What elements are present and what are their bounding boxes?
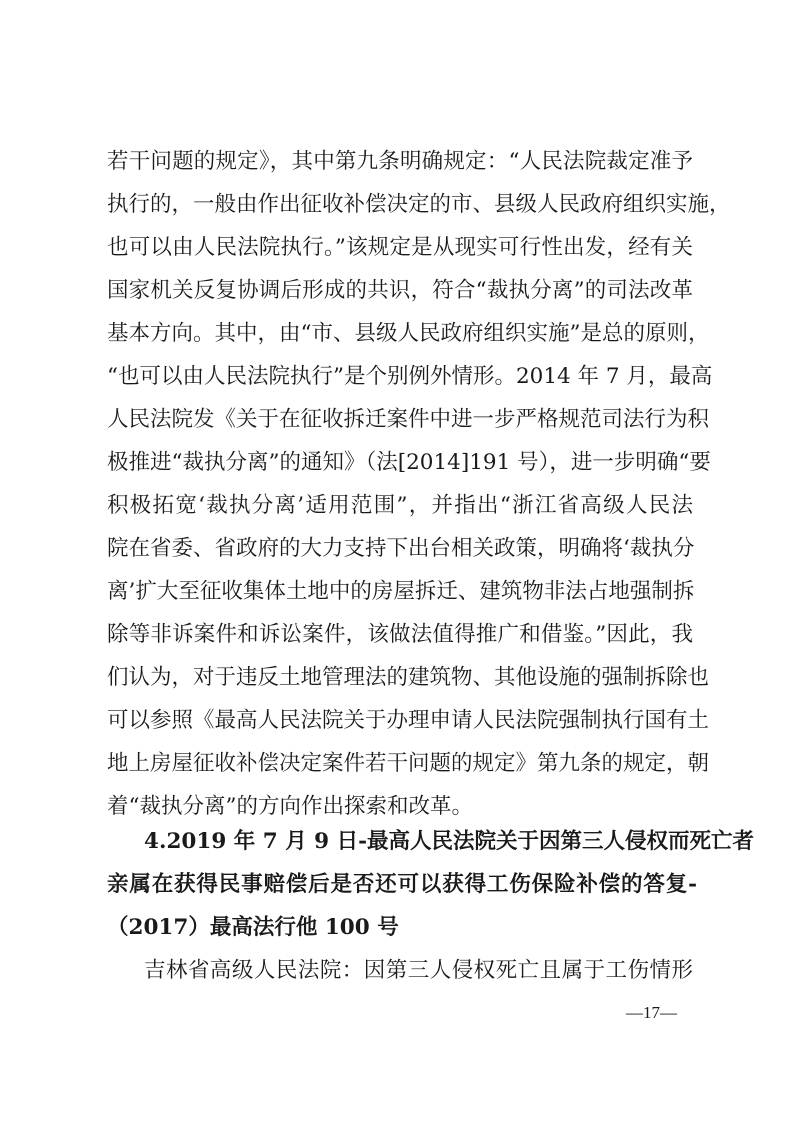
heading-line: 亲属在获得民事赔偿后是否还可以获得工伤保险补偿的答复- <box>107 871 697 899</box>
document-page: 若干问题的规定》，其中第九条明确规定：“人民法院裁定准予 执行的，一般由作出征收… <box>0 0 793 1122</box>
text-line: 人民法院发《关于在征收拆迁案件中进一步严格规范司法行为积 <box>107 406 693 434</box>
text-line: 若干问题的规定》，其中第九条明确规定：“人民法院裁定准予 <box>107 148 693 176</box>
text-line: “也可以由人民法院执行”是个别例外情形。2014 年 7 月，最高 <box>107 363 693 391</box>
heading-line: （2017）最高法行他 100 号 <box>107 914 707 942</box>
text-line: 除等非诉案件和诉讼案件，该做法值得推广和借鉴。”因此，我 <box>107 621 693 649</box>
text-line: 院在省委、省政府的大力支持下出台相关政策，明确将‘裁执分 <box>107 535 693 563</box>
text-line: 吉林省高级人民法院：因第三人侵权死亡且属于工伤情形 <box>144 957 693 985</box>
text-line: 离’扩大至征收集体土地中的房屋拆迁、建筑物非法占地强制拆 <box>107 578 693 606</box>
text-line: 们认为，对于违反土地管理法的建筑物、其他设施的强制拆除也 <box>107 664 693 692</box>
text-line: 积极拓宽‘裁执分离’适用范围”，并指出“浙江省高级人民法 <box>107 492 693 520</box>
text-line: 基本方向。其中，由“市、县级人民政府组织实施”是总的原则， <box>107 320 693 348</box>
page-number: —17— <box>626 1002 677 1024</box>
text-line: 着“裁执分离”的方向作出探索和改革。 <box>107 793 693 821</box>
text-line: 执行的，一般由作出征收补偿决定的市、县级人民政府组织实施， <box>107 191 693 219</box>
text-line: 可以参照《最高人民法院关于办理申请人民法院强制执行国有土 <box>107 707 693 735</box>
text-line: 极推进“裁执分离”的通知》（法[2014]191 号），进一步明确“要 <box>107 449 693 477</box>
text-line: 也可以由人民法院执行。”该规定是从现实可行性出发，经有关 <box>107 234 693 262</box>
text-line: 国家机关反复协调后形成的共识，符合“裁执分离”的司法改革 <box>107 277 693 305</box>
heading-line: 4.2019 年 7 月 9 日-最高人民法院关于因第三人侵权而死亡者 <box>144 828 696 856</box>
text-line: 地上房屋征收补偿决定案件若干问题的规定》第九条的规定，朝 <box>107 750 693 778</box>
